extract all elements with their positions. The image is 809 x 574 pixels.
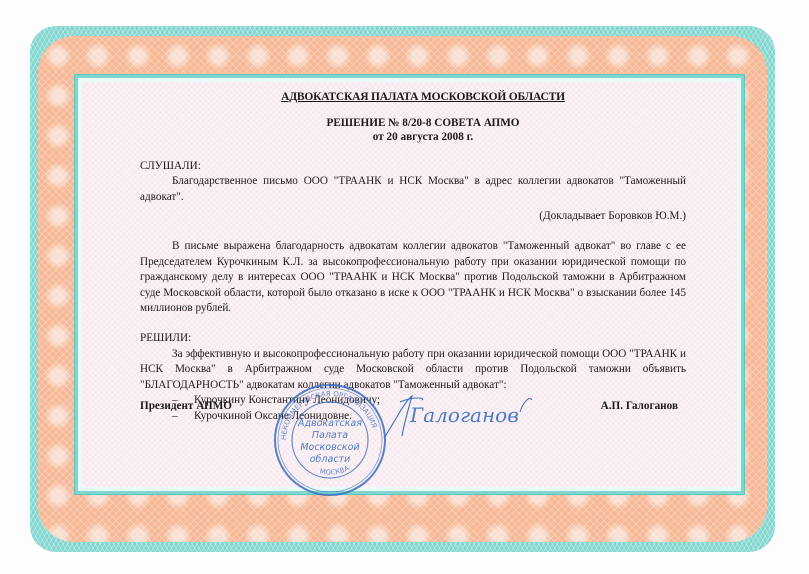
heard-text: Благодарственное письмо ООО "ТРААНК и НС… [140, 174, 686, 205]
certificate-page: АДВОКАТСКАЯ ПАЛАТА МОСКОВСКОЙ ОБЛАСТИ РЕ… [0, 0, 809, 574]
signatory-name: А.П. Галоганов [601, 400, 678, 412]
decision-date: от 20 августа 2008 г. [160, 130, 686, 144]
official-stamp-icon: НЕКОММЕРЧЕСКАЯ ОРГАНИЗАЦИЯ МОСКВА Адвока… [272, 382, 388, 498]
document-body: АДВОКАТСКАЯ ПАЛАТА МОСКОВСКОЙ ОБЛАСТИ РЕ… [140, 88, 686, 425]
decision-title: РЕШЕНИЕ № 8/20-8 СОВЕТА АПМО от 20 авгус… [160, 116, 686, 144]
body-paragraph: В письме выражена благодарность адвоката… [140, 239, 686, 317]
signatory-position: Президент АПМО [140, 400, 232, 412]
stamp-line-3: Московской [300, 442, 359, 453]
decided-label: РЕШИЛИ: [140, 331, 686, 347]
stamp-line-2: Палата [312, 430, 348, 441]
stamp-line-4: области [310, 454, 351, 465]
decided-text: За эффективную и высокопрофессиональную … [140, 347, 686, 394]
organization-title: АДВОКАТСКАЯ ПАЛАТА МОСКОВСКОЙ ОБЛАСТИ [160, 90, 686, 106]
stamp-line-1: Адвокатская [297, 418, 362, 429]
heard-label: СЛУШАЛИ: [140, 159, 686, 175]
reporter-note: (Докладывает Боровков Ю.М.) [140, 209, 686, 225]
signature-text: Галоганов [409, 403, 519, 427]
handwritten-signature-icon: Галоганов [382, 390, 542, 440]
decision-number: РЕШЕНИЕ № 8/20-8 СОВЕТА АПМО [160, 116, 686, 130]
